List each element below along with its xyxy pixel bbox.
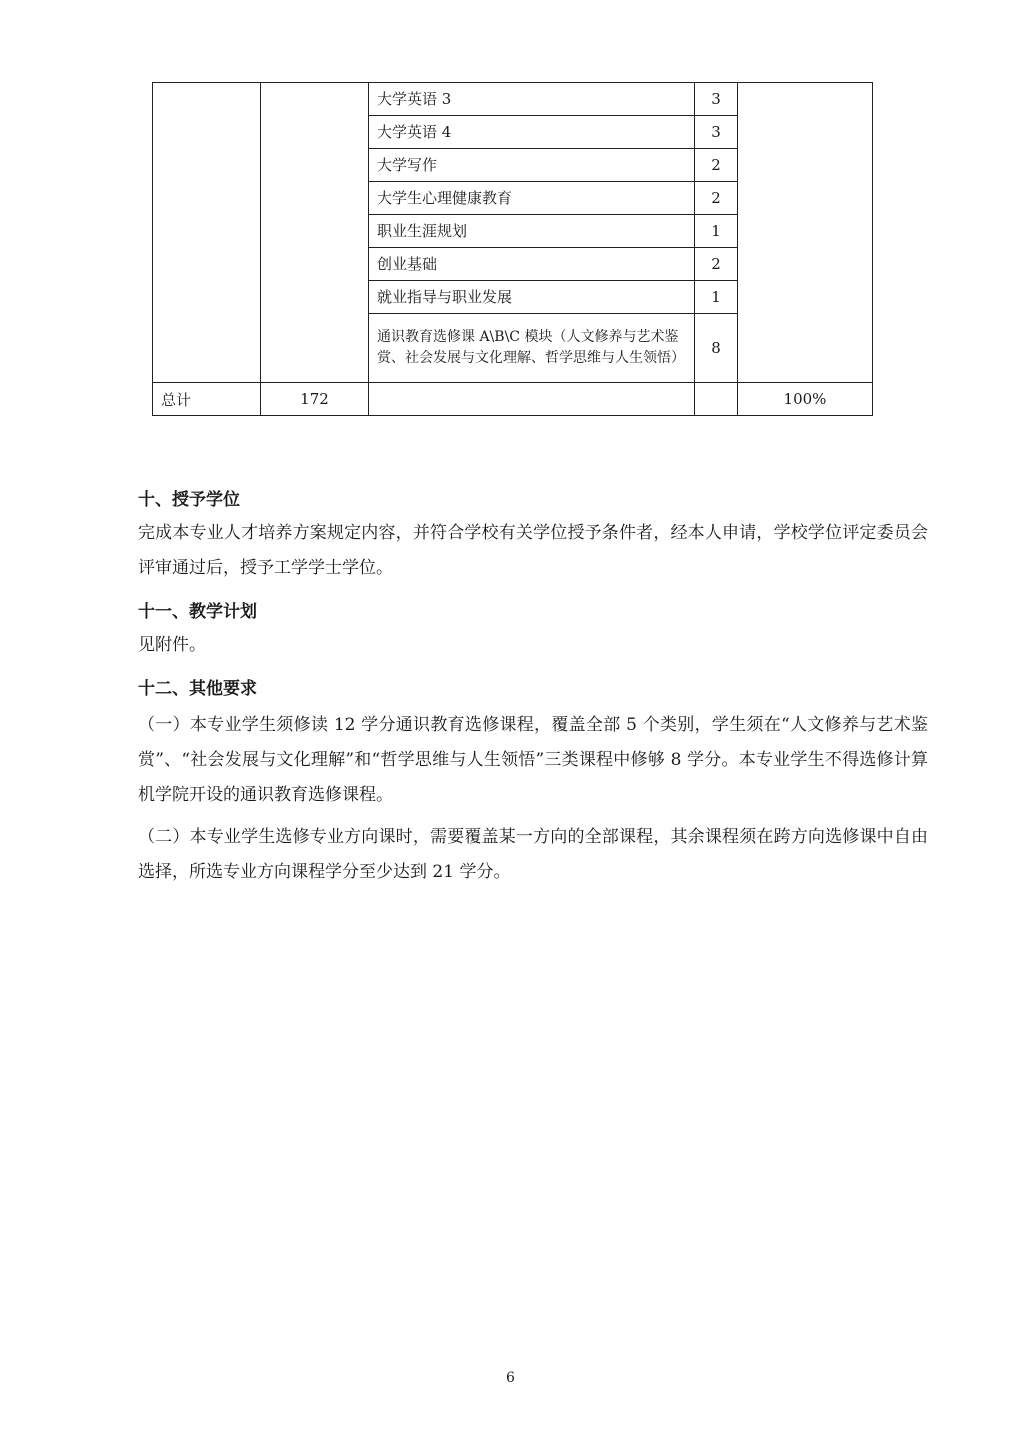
total-label: 总计 xyxy=(153,383,261,416)
document-page: 大学英语 3 3 大学英语 4 3 大学写作 2 大学生心理健康教育 2 职业生… xyxy=(0,0,1024,1448)
course-name: 通识教育选修课 A\B\C 模块（人文修养与艺术鉴赏、社会发展与文化理解、哲学思… xyxy=(369,314,695,383)
total-credits: 172 xyxy=(261,383,369,416)
paragraph-requirement-1: （一）本专业学生须修读 12 学分通识教育选修课程，覆盖全部 5 个类别，学生须… xyxy=(138,708,928,813)
course-credits: 3 xyxy=(695,116,738,149)
course-credits: 1 xyxy=(695,215,738,248)
course-name: 职业生涯规划 xyxy=(369,215,695,248)
section-heading-degree: 十、授予学位 xyxy=(138,485,240,510)
course-credits: 2 xyxy=(695,248,738,281)
paragraph-requirement-2: （二）本专业学生选修专业方向课时，需要覆盖某一方向的全部课程，其余课程须在跨方向… xyxy=(138,820,928,890)
percent-cell xyxy=(738,83,873,383)
category-cell xyxy=(153,83,261,383)
total-empty-cell xyxy=(369,383,695,416)
course-credits: 3 xyxy=(695,83,738,116)
course-credits: 2 xyxy=(695,182,738,215)
total-row: 总计 172 100% xyxy=(153,383,873,416)
paragraph-teaching-plan: 见附件。 xyxy=(138,628,928,663)
total-percent: 100% xyxy=(738,383,873,416)
course-name: 大学英语 4 xyxy=(369,116,695,149)
course-credits: 1 xyxy=(695,281,738,314)
total-empty-cell xyxy=(695,383,738,416)
course-name: 大学写作 xyxy=(369,149,695,182)
paragraph-degree: 完成本专业人才培养方案规定内容，并符合学校有关学位授予条件者，经本人申请，学校学… xyxy=(138,516,928,586)
course-name: 创业基础 xyxy=(369,248,695,281)
course-name: 大学英语 3 xyxy=(369,83,695,116)
subtotal-cell xyxy=(261,83,369,383)
course-credits: 8 xyxy=(695,314,738,383)
table-row: 大学英语 3 3 xyxy=(153,83,873,116)
page-number: 6 xyxy=(506,1370,515,1386)
section-heading-other-requirements: 十二、其他要求 xyxy=(138,674,257,699)
course-name: 大学生心理健康教育 xyxy=(369,182,695,215)
course-name: 就业指导与职业发展 xyxy=(369,281,695,314)
course-credits: 2 xyxy=(695,149,738,182)
credits-table: 大学英语 3 3 大学英语 4 3 大学写作 2 大学生心理健康教育 2 职业生… xyxy=(152,82,873,416)
section-heading-teaching-plan: 十一、教学计划 xyxy=(138,597,257,622)
